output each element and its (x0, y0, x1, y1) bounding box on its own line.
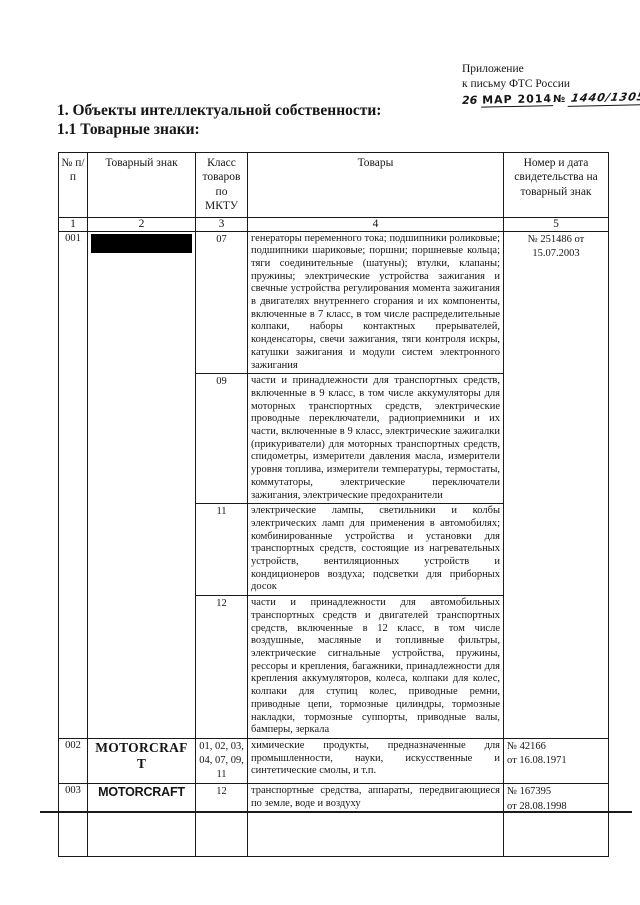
stamp-number-sign: № (553, 94, 565, 105)
certificate-line: от 16.08.1971 (507, 754, 605, 768)
trademark-wordmark: MOTORCRAFT (91, 740, 192, 772)
table-row: 00107генераторы переменного тока; подшип… (59, 231, 609, 374)
class-cell: 11 (196, 504, 248, 596)
certificate-line: 15.07.2003 (507, 247, 605, 261)
row-number-cell: 003 (59, 784, 88, 857)
col-header-certificate: Номер и дата свидетельства на товарный з… (504, 153, 609, 218)
stamp-line: 26 МАР 2014№ 1440/13051 (462, 90, 640, 109)
class-cell: 09 (196, 374, 248, 504)
table-row: 002MOTORCRAFT01, 02, 03, 04, 07, 09, 11х… (59, 738, 609, 784)
certificate-line: № 167395 (507, 785, 605, 799)
goods-cell: части и принадлежности для автомобильных… (248, 596, 504, 739)
column-numbers-row: 1 2 3 4 5 (59, 217, 609, 231)
trademarks-table: № п/п Товарный знак Класс товаров по МКТ… (58, 152, 609, 857)
class-cell: 12 (196, 596, 248, 739)
class-cell: 12 (196, 784, 248, 857)
col-header-goods: Товары (248, 153, 504, 218)
trademark-wordmark: MOTORCRAFT (91, 785, 192, 799)
certificate-cell: № 167395от 28.08.1998 (504, 784, 609, 857)
stamp-registration-number: 1440/13051 (568, 90, 640, 107)
letter-attachment-header: Приложение к письму ФТС России 26 МАР 20… (462, 62, 640, 108)
col-header-row-number: № п/п (59, 153, 88, 218)
class-cell: 01, 02, 03, 04, 07, 09, 11 (196, 738, 248, 784)
stamp-day: 26 (462, 94, 478, 107)
trademark-cell: MOTORCRAFT (88, 738, 196, 784)
col-header-trademark: Товарный знак (88, 153, 196, 218)
col-header-class: Класс товаров по МКТУ (196, 153, 248, 218)
goods-cell: части и принадлежности для транспортных … (248, 374, 504, 504)
row-number-cell: 002 (59, 738, 88, 784)
certificate-cell: № 251486 от15.07.2003 (504, 231, 609, 738)
trademark-cell: MOTORCRAFT (88, 784, 196, 857)
column-number: 1 (59, 217, 88, 231)
column-number: 4 (248, 217, 504, 231)
trademark-cell (88, 231, 196, 738)
goods-cell: генераторы переменного тока; подшипники … (248, 231, 504, 374)
column-number: 5 (504, 217, 609, 231)
section-title: 1. Объекты интеллектуальной собственност… (57, 101, 381, 120)
redacted-trademark-image (91, 234, 192, 253)
trademark-table-body: 00107генераторы переменного тока; подшип… (59, 231, 609, 857)
column-number: 3 (196, 217, 248, 231)
certificate-line: № 42166 (507, 740, 605, 754)
document-titles: 1. Объекты интеллектуальной собственност… (57, 101, 381, 139)
goods-cell: транспортные средства, аппараты, передви… (248, 784, 504, 857)
attachment-label: Приложение (462, 62, 640, 77)
goods-cell: электрические лампы, светильники и колбы… (248, 504, 504, 596)
certificate-line: № 251486 от (507, 233, 605, 247)
table-header-row: № п/п Товарный знак Класс товаров по МКТ… (59, 153, 609, 218)
row-number-cell: 001 (59, 231, 88, 738)
certificate-cell: № 42166от 16.08.1971 (504, 738, 609, 784)
table-row: 003MOTORCRAFT12транспортные средства, ап… (59, 784, 609, 857)
page-bottom-rule (40, 811, 632, 813)
stamp-date: МАР 2014 (481, 93, 553, 109)
class-cell: 07 (196, 231, 248, 374)
subsection-title: 1.1 Товарные знаки: (57, 120, 381, 139)
letter-source-label: к письму ФТС России (462, 77, 640, 92)
goods-cell: химические продукты, предназначенные для… (248, 738, 504, 784)
column-number: 2 (88, 217, 196, 231)
